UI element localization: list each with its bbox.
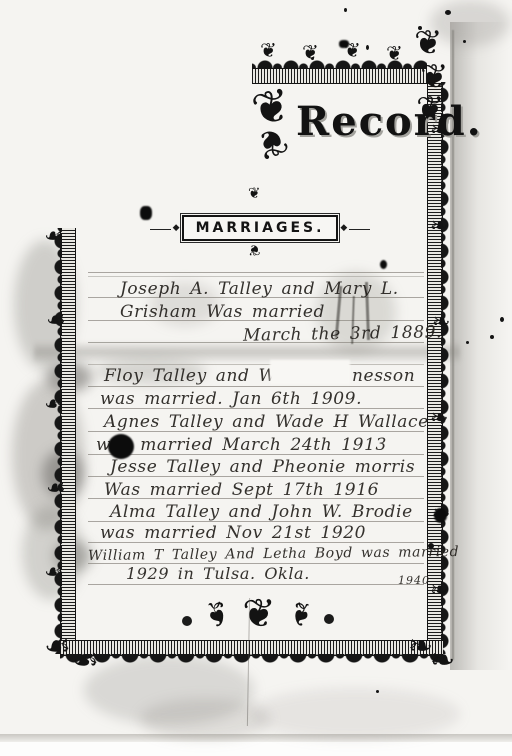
ink-blot [140,206,152,220]
stain [140,698,270,740]
scanned-bible-record-page: ❦ ☙ ❧ ☙ ❧ ❦ ❦ ❦ Record. ◆ MARRIAGES. ◆ ❦… [0,0,512,756]
marriage-entry-line: was married Nov 21st 1920 [100,523,366,543]
border-left-band [60,228,76,654]
tailpiece-fleuron-icon: ❧ [283,600,317,629]
ink-speck [428,543,434,549]
ink-speck [466,341,469,344]
bottom-paper-edge [0,734,512,742]
ruled-line [88,276,424,277]
section-label: MARRIAGES. [182,215,339,241]
ink-blot [434,508,447,523]
left-border-flourish-icon: ☙ [44,226,64,248]
ink-speck [344,8,347,12]
corner-flourish-icon: ❧ [408,632,433,662]
ruled-line [88,364,424,365]
marriage-entry-line: Alma Talley and John W. Brodie [110,502,413,522]
ink-speck [366,45,369,50]
tailpiece-dot-icon [182,616,192,626]
tailpiece-dot-icon [324,614,334,624]
border-bottom-scrollwork [60,654,443,680]
corner-flourish-icon: ☙ [44,632,71,662]
tailpiece-fleuron-icon: ☙ [200,599,234,629]
marriage-entry-line: was married March 24th 1913 [96,435,387,455]
ink-speck [463,40,466,43]
banner-arm-left [150,229,171,230]
ink-speck [445,10,451,15]
ink-speck [500,317,504,322]
ruled-line [88,584,424,585]
ink-speck [490,335,494,339]
ink-blot [108,434,134,459]
border-right-scrollwork [441,82,463,654]
ink-speck [376,690,379,693]
marriage-entry-line: March the 3rd 1889. [243,322,442,345]
tailpiece-fleuron-icon: ❦ [242,594,276,634]
marriage-entry-line: was married. Jan 6th 1909. [100,389,362,409]
ink-speck [441,557,445,561]
marriage-entry-line: Grisham Was married [120,302,325,322]
banner-flourish-icon: ❦ [248,242,261,257]
diamond-ornament-icon: ◆ [173,223,180,233]
border-left-scrollwork [40,228,62,654]
corner-flourish-icon: ❦ [414,26,443,60]
top-border-flourish-icon: ❦ [260,40,277,60]
scan-bed-bottom [0,742,512,756]
tailpiece-flourish: ☙ ❦ ❧ [150,588,366,640]
marriage-entry-line: William T Talley And Letha Boyd was marr… [88,544,459,564]
marriage-entry-line: Was married Sept 17th 1916 [104,480,379,500]
marriage-entry-line: 1929 in Tulsa. Okla. [126,564,310,583]
paper-damage-patch [270,360,350,384]
ink-blot [339,40,349,48]
marriage-entry-line-damaged-suffix: nesson [352,366,415,386]
marriage-entry-line: Agnes Talley and Wade H Wallace [104,412,429,432]
page-title: Record. [296,98,483,145]
ruled-line [88,272,424,273]
ruled-line [88,386,424,387]
marriage-entry-line: Jesse Talley and Pheonie morris [110,457,415,477]
banner-flourish-icon: ❦ [248,186,261,201]
diamond-ornament-icon: ◆ [340,223,347,233]
banner-arm-right [349,229,370,230]
stain [250,688,460,740]
ink-speck [418,26,422,30]
corner-year-annotation: 1940 [398,574,430,587]
border-top-scrollwork [252,46,427,68]
marriage-entry-line: Joseph A. Talley and Mary L. [120,279,399,299]
ink-blot [380,260,387,269]
ink-speck [311,57,314,60]
